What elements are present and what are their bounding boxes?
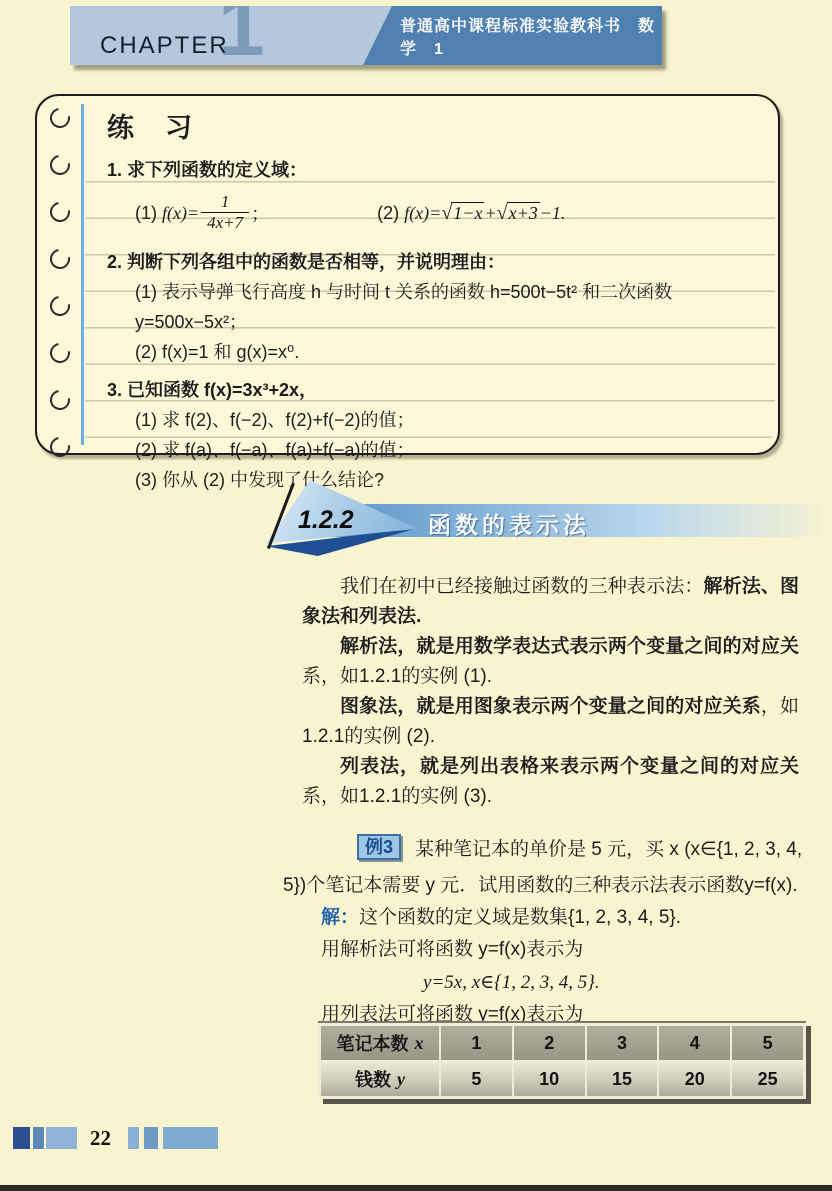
example-formula: y=5x, x∈{1, 2, 3, 4, 5}. (283, 966, 813, 999)
plus-sign: + (484, 203, 496, 224)
fraction: 14x+7 (201, 193, 249, 233)
paragraph-graphic: 图象法，就是用图象表示两个变量之间的对应关系，如1.2.1的实例 (2). (302, 692, 799, 752)
paragraph-graphic-bold: 图象法，就是用图象表示两个变量之间的对应关系 (340, 696, 761, 717)
paragraph-intro-normal: 我们在初中已经接触过函数的三种表示法： (340, 576, 703, 597)
footer-block-icon (163, 1127, 218, 1149)
table-cell: 5 (441, 1062, 512, 1096)
exercise-box: 练 习 1. 求下列函数的定义域： (1) f(x)=14x+7； (2) f(… (35, 94, 780, 455)
table-cell: 15 (587, 1062, 658, 1096)
question-2-stem: 2. 判断下列各组中的函数是否相等，并说明理由： (107, 247, 756, 277)
solution-label: 解： (321, 907, 359, 928)
question-1-formulas: (1) f(x)=14x+7； (2) f(x)=√1−x+√x+3−1. (107, 187, 756, 239)
question-3-stem: 3. 已知函数 f(x)=3x³+2x， (107, 375, 756, 405)
section-header: 1.2.2 函数的表示法 (0, 478, 832, 560)
page-number: 22 (90, 1126, 111, 1151)
table-cell: 10 (514, 1062, 585, 1096)
question-3-item-2: (2) 求 f(a)、f(−a)、f(a)+f(−a)的值； (107, 435, 756, 465)
table-row-x: 笔记本数x 1 2 3 4 5 (321, 1026, 803, 1060)
paragraph-analytic-normal: 系，如1.2.1的实例 (1). (302, 666, 492, 687)
section-number: 1.2.2 (298, 506, 354, 535)
question-3-item-1: (1) 求 f(2)、f(−2)、f(2)+f(−2)的值； (107, 405, 756, 435)
item-1-2-end: −1. (540, 203, 566, 224)
table-cell: 4 (659, 1026, 730, 1060)
table-cell: 2 (514, 1026, 585, 1060)
example-line-2: 5})个笔记本需要 y 元．试用函数的三种表示法表示函数y=f(x). (283, 870, 813, 902)
paragraph-intro: 我们在初中已经接触过函数的三种表示法：解析法、图象法和列表法. (302, 572, 799, 632)
footer-block-icon (33, 1127, 44, 1149)
binder-rings (48, 108, 78, 484)
page-bottom-edge (0, 1185, 832, 1191)
footer-block-icon (13, 1127, 30, 1149)
example-label: 例3 (357, 834, 401, 860)
example-line-1-text: 某种笔记本的单价是 5 元，买 x (x∈{1, 2, 3, 4, (415, 839, 802, 860)
chapter-label: CHAPTER (100, 32, 229, 60)
binder-ring-icon (46, 339, 74, 367)
item-1-2-lhs: f(x)= (404, 203, 441, 224)
footer-block-icon (46, 1127, 77, 1149)
item-1-2-number: (2) (377, 203, 399, 224)
paragraph-tabular: 列表法，就是列出表格来表示两个变量之间的对应关系，如1.2.1的实例 (3). (302, 752, 799, 812)
example-line-4: 用解析法可将函数 y=f(x)表示为 (283, 934, 813, 966)
page-footer: 22 (0, 1124, 832, 1154)
table-row-y: 钱数y 5 10 15 20 25 (321, 1062, 803, 1096)
section-number-flag: 1.2.2 (260, 480, 424, 560)
exercise-title: 练 习 (107, 106, 756, 145)
table-cell: 25 (732, 1062, 803, 1096)
value-table: 笔记本数x 1 2 3 4 5 钱数y 5 10 15 20 25 (318, 1021, 806, 1099)
question-2-item-1: (1) 表示导弹飞行高度 h 与时间 t 关系的函数 h=500t−5t² 和二… (107, 277, 756, 337)
footer-block-icon (144, 1127, 158, 1149)
table-header-x: 笔记本数x (321, 1026, 439, 1060)
row-variable: x (415, 1033, 424, 1054)
example-line-1: 例3某种笔记本的单价是 5 元，买 x (x∈{1, 2, 3, 4, (283, 834, 813, 866)
fraction-numerator: 1 (215, 193, 236, 212)
solution-text: 这个函数的定义域是数集{1, 2, 3, 4, 5}. (359, 907, 681, 928)
chapter-header-light-panel: 1 CHAPTER (70, 6, 392, 65)
item-1-1-end: ； (251, 200, 269, 226)
binder-ring-icon (46, 104, 74, 132)
footer-block-icon (128, 1127, 139, 1149)
table-cell: 20 (659, 1062, 730, 1096)
radical-sign: √ (497, 202, 508, 224)
binder-ring-icon (46, 292, 74, 320)
radicand: 1−x (451, 202, 484, 223)
exercise-content: 练 习 1. 求下列函数的定义域： (1) f(x)=14x+7； (2) f(… (93, 96, 778, 495)
paragraph-tabular-bold: 列表法，就是列出表格来表示两个变量之间的对应关 (340, 756, 799, 777)
example-solution-line: 解：这个函数的定义域是数集{1, 2, 3, 4, 5}. (283, 902, 813, 934)
binder-ring-icon (46, 198, 74, 226)
sqrt-expression: √x+3 (497, 202, 540, 225)
section-title: 函数的表示法 (428, 507, 590, 540)
table-cell: 5 (732, 1026, 803, 1060)
table-cell: 1 (441, 1026, 512, 1060)
item-1-1-number: (1) (135, 203, 157, 224)
question-1-stem: 1. 求下列函数的定义域： (107, 155, 756, 185)
margin-rule (81, 104, 84, 445)
table-cell: 3 (587, 1026, 658, 1060)
binder-ring-icon (46, 433, 74, 461)
paragraph-analytic: 解析法，就是用数学表达式表示两个变量之间的对应关系，如1.2.1的实例 (1). (302, 632, 799, 692)
paragraph-analytic-bold: 解析法，就是用数学表达式表示两个变量之间的对应关 (340, 636, 799, 657)
item-1-1-lhs: f(x)= (162, 203, 199, 224)
example-3: 例3某种笔记本的单价是 5 元，买 x (x∈{1, 2, 3, 4, 5})个… (283, 834, 813, 1031)
table-header-y: 钱数y (321, 1062, 439, 1096)
fraction-denominator: 4x+7 (201, 212, 249, 233)
textbook-page: 1 CHAPTER 普通高中课程标准实验教科书 数学 1 练 习 1. 求下列函… (0, 0, 832, 1191)
question-2-item-2: (2) f(x)=1 和 g(x)=x⁰. (107, 337, 756, 367)
binder-ring-icon (46, 386, 74, 414)
body-text: 我们在初中已经接触过函数的三种表示法：解析法、图象法和列表法. 解析法，就是用数… (302, 572, 799, 812)
paragraph-tabular-normal: 系，如1.2.1的实例 (3). (302, 786, 492, 807)
binder-ring-icon (46, 151, 74, 179)
binder-ring-icon (46, 245, 74, 273)
sqrt-expression: √1−x (441, 202, 484, 225)
row-label: 笔记本数 (337, 1030, 409, 1056)
book-title: 普通高中课程标准实验教科书 数学 1 (400, 6, 655, 65)
radicand: x+3 (507, 202, 540, 223)
row-label: 钱数 (355, 1066, 391, 1092)
row-variable: y (397, 1069, 405, 1090)
chapter-header: 1 CHAPTER 普通高中课程标准实验教科书 数学 1 (70, 6, 662, 65)
